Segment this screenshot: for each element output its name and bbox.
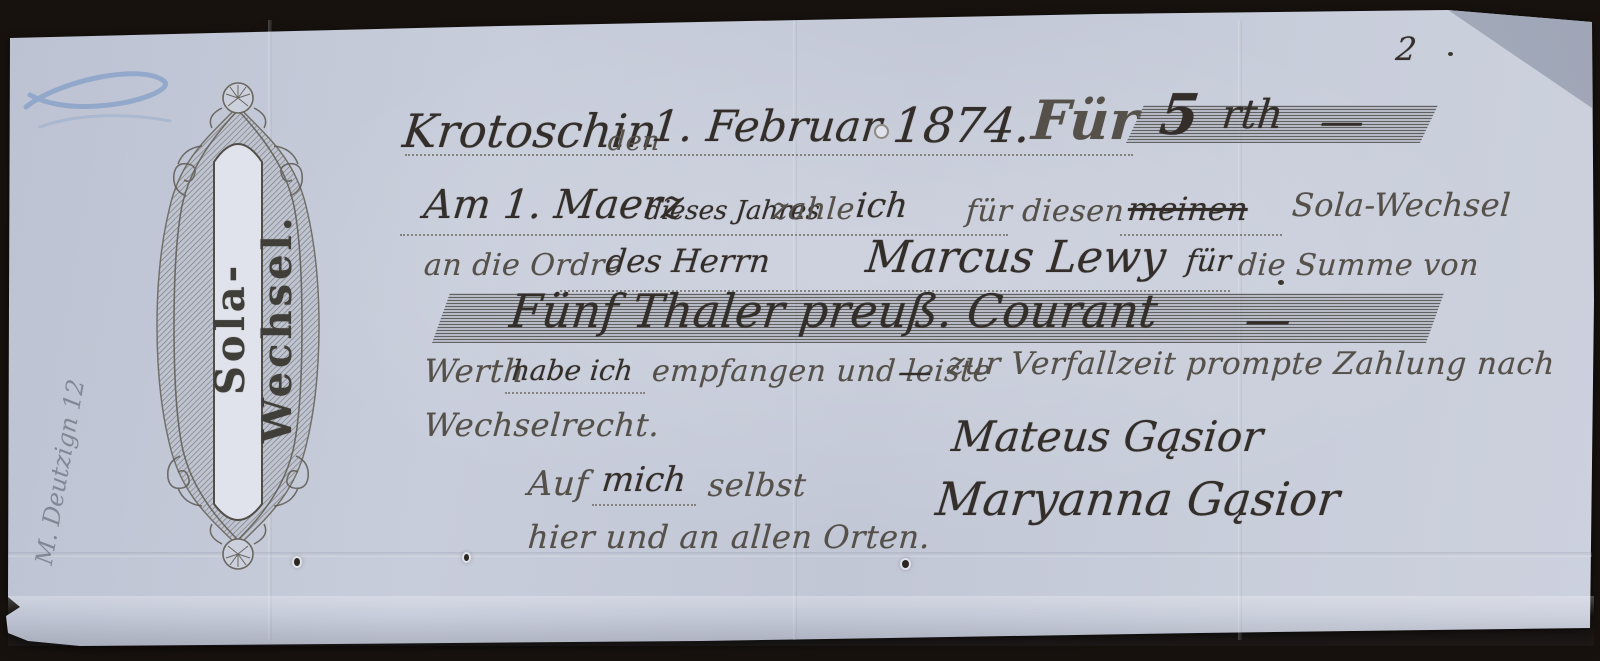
paper-hole bbox=[464, 554, 469, 561]
fuer-diesen-label: für diesen bbox=[965, 194, 1126, 229]
date-field: 1. Februar bbox=[649, 102, 884, 152]
fuer-label: Für bbox=[1030, 88, 1141, 152]
des-herrn-field: des Herrn bbox=[604, 242, 772, 280]
wechselrecht-label: Wechselrecht. bbox=[423, 406, 661, 444]
paper-hole bbox=[902, 560, 909, 568]
an-die-ordre-label: an die Ordre bbox=[423, 248, 625, 283]
orten-label: hier und an allen Orten. bbox=[527, 518, 932, 556]
signature-2: Maryanna Gąsior bbox=[933, 472, 1342, 526]
verfallzeit-label: zur Verfallzeit prompte Zahlung nach bbox=[947, 346, 1556, 382]
form-title: Sola-Wechsel. bbox=[207, 150, 269, 506]
meinen-field: meinen bbox=[1126, 190, 1250, 228]
amount-value: 5 bbox=[1157, 82, 1203, 148]
year-field: 1874. bbox=[890, 98, 1033, 154]
paper-sheet: Sola-Wechsel. M. Deutzign 12 2 Krotoschi… bbox=[0, 0, 1600, 661]
sum-dash: — bbox=[1242, 292, 1294, 346]
payee-name-field: Marcus Lewy bbox=[863, 232, 1168, 283]
auf-label: Auf bbox=[527, 464, 590, 504]
leiste-dash: — bbox=[896, 352, 934, 392]
mich-field: mich bbox=[600, 460, 688, 500]
sola-wechsel-label: Sola-Wechsel bbox=[1291, 186, 1513, 224]
blank-dotted-line bbox=[592, 504, 696, 506]
paper-flaw-ring bbox=[874, 124, 889, 139]
blank-dotted-line bbox=[405, 154, 1133, 156]
page-number: 2 bbox=[1394, 30, 1418, 68]
blank-dotted-line bbox=[505, 392, 645, 394]
habe-ich-field: habe ich bbox=[510, 354, 634, 387]
paper-hole bbox=[294, 558, 300, 566]
ink-speck bbox=[1448, 52, 1453, 56]
ink-speck bbox=[1278, 280, 1284, 285]
photo-of-document: Sola-Wechsel. M. Deutzign 12 2 Krotoschi… bbox=[0, 0, 1600, 661]
die-summe-von-label: die Summe von bbox=[1237, 248, 1480, 283]
selbst-label: selbst bbox=[707, 466, 808, 504]
zahle-label: zahle bbox=[771, 192, 856, 227]
signature-1: Mateus Gąsior bbox=[949, 412, 1265, 461]
sum-in-words-field: Fünf Thaler preuß. Courant bbox=[507, 284, 1160, 338]
empfangen-label: empfangen und leiste bbox=[651, 354, 993, 389]
amount-dash: — bbox=[1317, 96, 1366, 147]
fuer-small-field: für bbox=[1184, 244, 1232, 279]
ich-field: ich bbox=[854, 186, 910, 226]
amount-unit: rth bbox=[1220, 92, 1286, 138]
